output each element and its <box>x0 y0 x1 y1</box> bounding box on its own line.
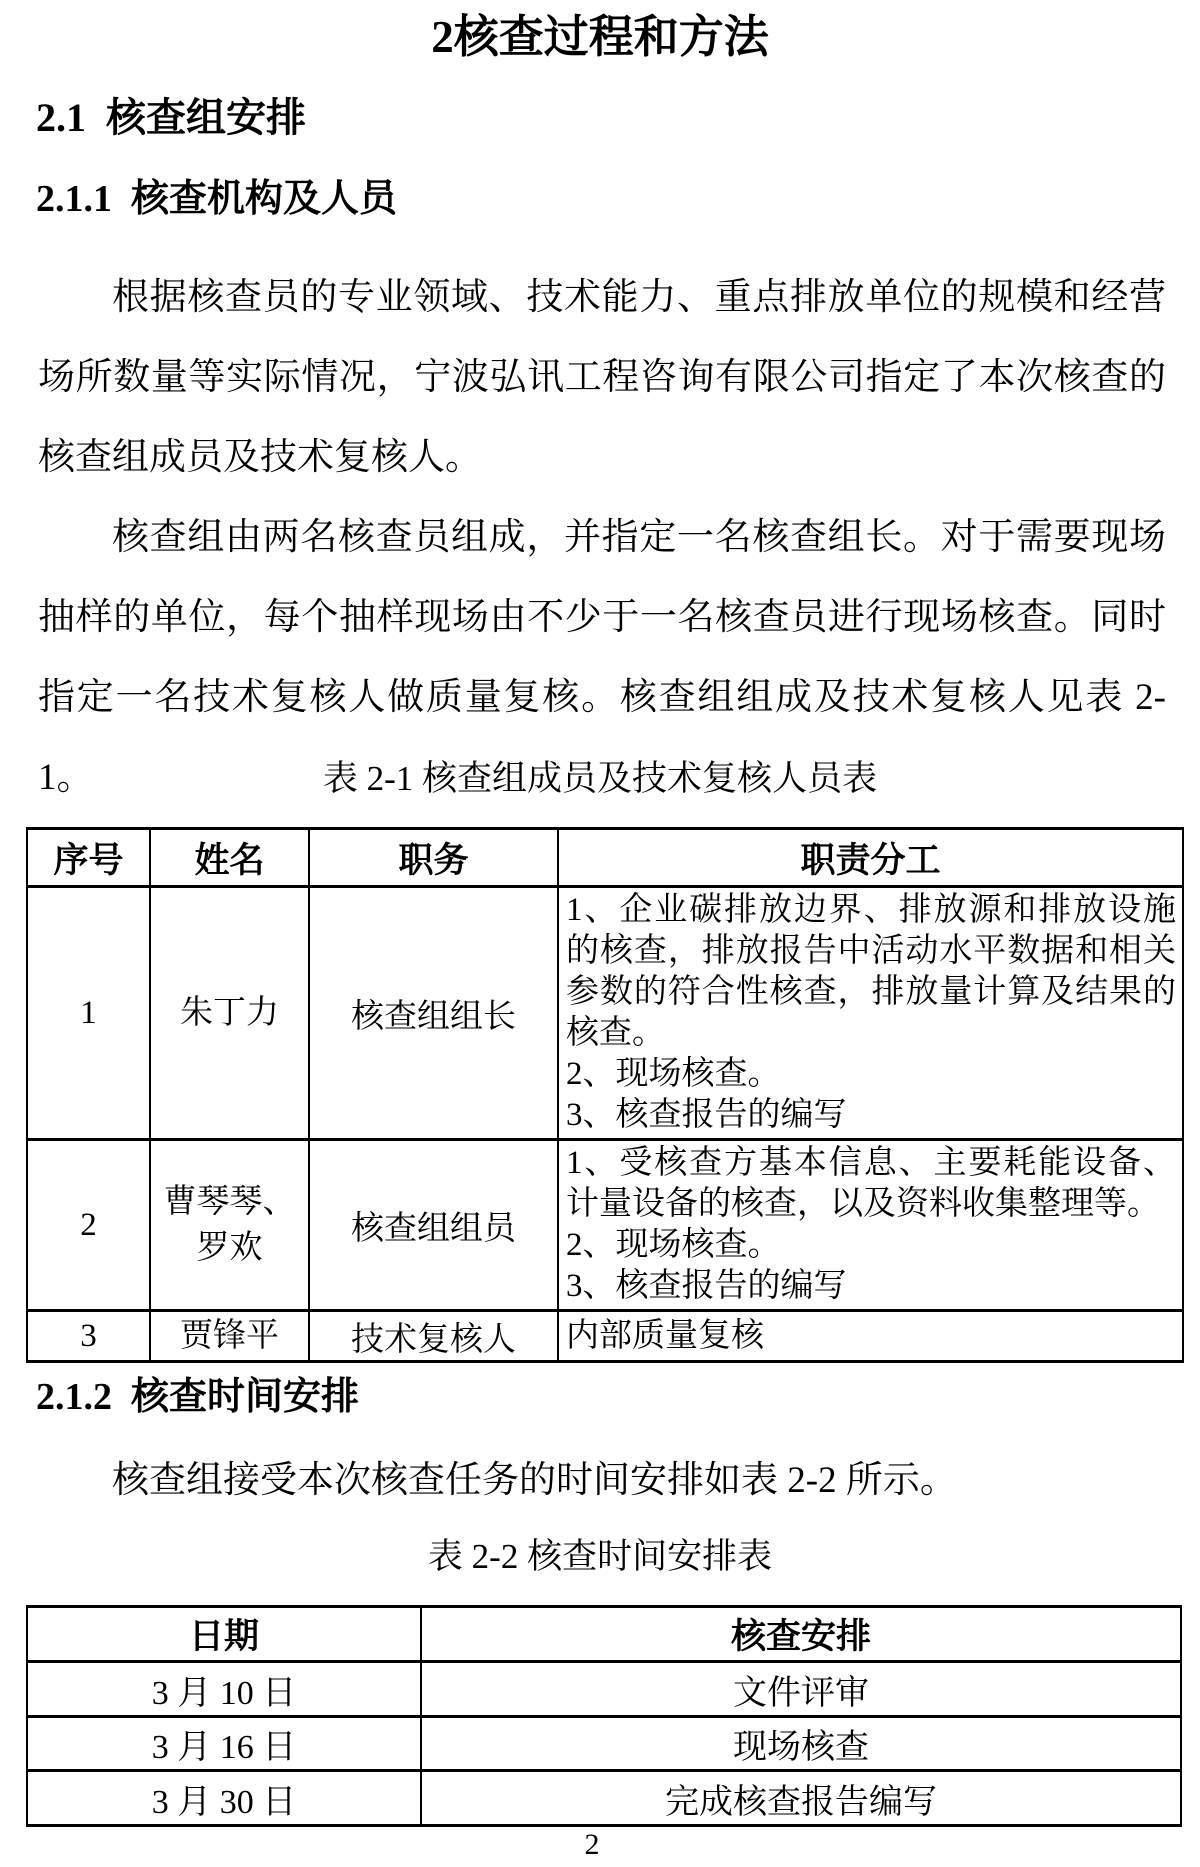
table-2-1-caption: 表 2-1 核查组成员及技术复核人员表 <box>0 756 1200 802</box>
section-heading-2-1-2: 2.1.2 核查时间安排 <box>36 1374 359 1420</box>
members-table: 序号 姓名 职务 职责分工 1 朱丁力 核查组组长 1、企业碳排放边界、排放源和… <box>26 827 1184 1363</box>
paragraph-1: 根据核查员的专业领域、技术能力、重点排放单位的规模和经营场所数量等实际情况，宁波… <box>38 258 1166 498</box>
table-row: 3 月 16 日 现场核查 <box>27 1717 1181 1771</box>
cell-arrangement: 完成核查报告编写 <box>421 1771 1181 1826</box>
cell-duty: 1、受核查方基本信息、主要耗能设备、计量设备的核查，以及资料收集整理等。 2、现… <box>558 1140 1183 1311</box>
table-2-2-caption: 表 2-2 核查时间安排表 <box>0 1534 1200 1580</box>
header-cell-no: 序号 <box>27 829 150 887</box>
members-table-header-row: 序号 姓名 职务 职责分工 <box>27 829 1183 887</box>
cell-date: 3 月 10 日 <box>27 1662 421 1717</box>
header-cell-role: 职务 <box>309 829 558 887</box>
table-row: 3 贾锋平 技术复核人 内部质量复核 <box>27 1311 1183 1362</box>
paragraph-3: 核查组接受本次核查任务的时间安排如表 2-2 所示。 <box>38 1450 1166 1512</box>
page-number: 2 <box>0 1826 1184 1864</box>
header-cell-arrangement: 核查安排 <box>421 1607 1181 1662</box>
cell-no: 2 <box>27 1140 150 1311</box>
header-cell-date: 日期 <box>27 1607 421 1662</box>
cell-date: 3 月 30 日 <box>27 1771 421 1826</box>
cell-duty: 1、企业碳排放边界、排放源和排放设施的核查，排放报告中活动水平数据和相关参数的符… <box>558 887 1183 1140</box>
header-cell-duty: 职责分工 <box>558 829 1183 887</box>
cell-duty: 内部质量复核 <box>558 1311 1183 1362</box>
header-cell-name: 姓名 <box>150 829 309 887</box>
cell-no: 3 <box>27 1311 150 1362</box>
cell-name: 曹琴琴、 罗欢 <box>150 1140 309 1311</box>
cell-role: 核查组组长 <box>309 887 558 1140</box>
cell-arrangement: 现场核查 <box>421 1717 1181 1771</box>
document-title: 2核查过程和方法 <box>0 8 1200 66</box>
table-row: 1 朱丁力 核查组组长 1、企业碳排放边界、排放源和排放设施的核查，排放报告中活… <box>27 887 1183 1140</box>
body-text-block: 根据核查员的专业领域、技术能力、重点排放单位的规模和经营场所数量等实际情况，宁波… <box>38 258 1166 818</box>
table-row: 3 月 10 日 文件评审 <box>27 1662 1181 1717</box>
document-page: 2核查过程和方法 2.1 核查组安排 2.1.1 核查机构及人员 根据核查员的专… <box>0 0 1200 1867</box>
schedule-table-header-row: 日期 核查安排 <box>27 1607 1181 1662</box>
cell-role: 技术复核人 <box>309 1311 558 1362</box>
section-heading-2-1-1: 2.1.1 核查机构及人员 <box>36 176 397 222</box>
schedule-table: 日期 核查安排 3 月 10 日 文件评审 3 月 16 日 现场核查 3 月 … <box>26 1605 1182 1827</box>
cell-role: 核查组组员 <box>309 1140 558 1311</box>
cell-name: 朱丁力 <box>150 887 309 1140</box>
cell-no: 1 <box>27 887 150 1140</box>
cell-date: 3 月 16 日 <box>27 1717 421 1771</box>
table-row: 3 月 30 日 完成核查报告编写 <box>27 1771 1181 1826</box>
cell-arrangement: 文件评审 <box>421 1662 1181 1717</box>
section-heading-2-1: 2.1 核查组安排 <box>36 94 306 142</box>
table-row: 2 曹琴琴、 罗欢 核查组组员 1、受核查方基本信息、主要耗能设备、计量设备的核… <box>27 1140 1183 1311</box>
cell-name: 贾锋平 <box>150 1311 309 1362</box>
